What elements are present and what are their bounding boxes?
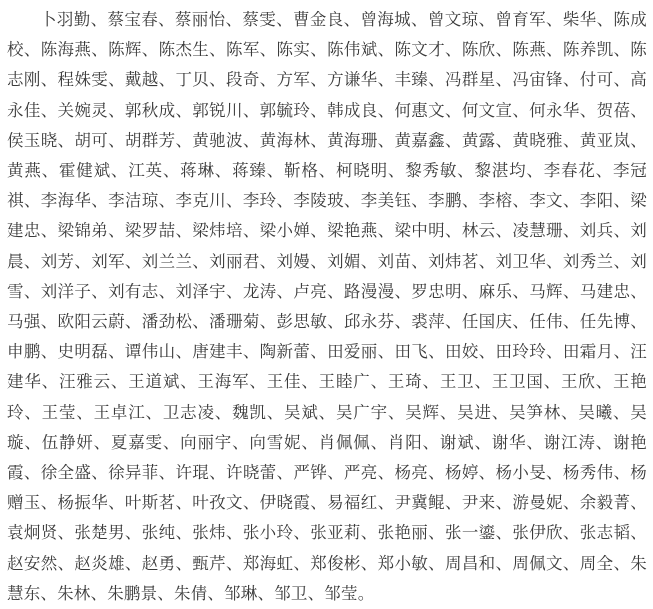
document-page: 卜羽勤、蔡宝春、蔡丽怡、蔡雯、曹金良、曾海城、曾文琼、曾育军、柴华、陈成校、陈海… [0,0,653,609]
name-list-paragraph: 卜羽勤、蔡宝春、蔡丽怡、蔡雯、曹金良、曾海城、曾文琼、曾育军、柴华、陈成校、陈海… [7,5,647,609]
